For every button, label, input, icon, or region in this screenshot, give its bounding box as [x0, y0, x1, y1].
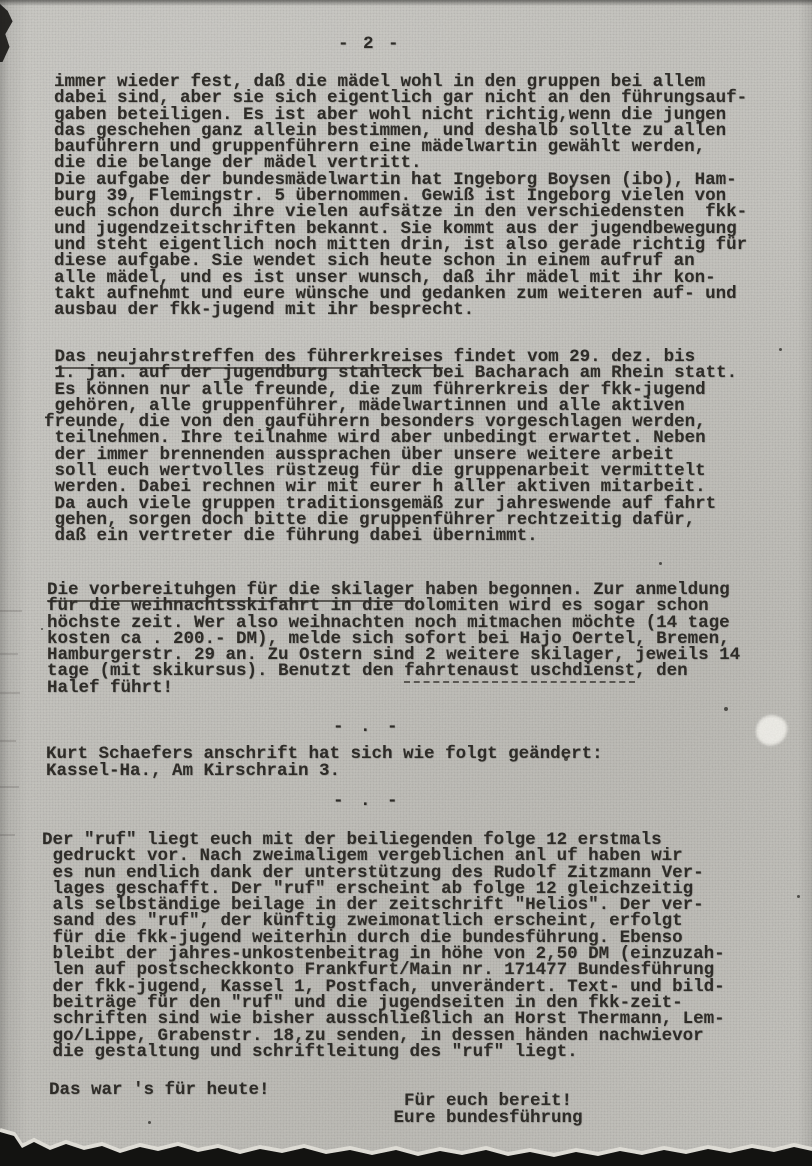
document-scan: - 2 - immer wieder fest, daß die mädel w… [0, 0, 812, 1166]
term-fahrtenaustauschdienst: fahrtenaust uschdienst [404, 661, 635, 683]
punch-hole [753, 712, 791, 750]
paper-crease [0, 786, 19, 788]
ink-speck [41, 628, 43, 630]
closing-line: Das war 's für heute! [49, 1082, 270, 1098]
paragraph-address-change: Kurt Schaefers anschrift hat sich wie fo… [46, 746, 603, 779]
page-number: - 2 - [338, 36, 401, 52]
paper-crease [0, 692, 20, 694]
ink-speck [148, 1121, 151, 1124]
section-separator: - . - [333, 793, 401, 809]
paper-crease [0, 610, 22, 612]
paragraph-neujahrstreffen: Das neujahrstreffen des führerkreises fi… [44, 349, 737, 545]
edge-shading-right [798, 0, 812, 1166]
ink-speck [724, 707, 728, 711]
ink-speck [659, 562, 662, 565]
paragraph-intro: immer wieder fest, daß die mädel wohl in… [54, 74, 747, 318]
edge-shading-left [0, 0, 30, 1166]
ink-speck [779, 348, 782, 351]
paragraph-skilager: Die vorbereituhgen für die skilager habe… [47, 582, 740, 696]
signature-block: Für euch bereit! Eure bundesführung [382, 1093, 594, 1127]
edge-shading-top [0, 0, 812, 6]
paper-crease [0, 834, 15, 836]
paper-crease [0, 740, 16, 742]
neujahr-body: findet vom 29. dez. bis 1. jan. auf der … [44, 347, 737, 546]
paper-sheet: - 2 - immer wieder fest, daß die mädel w… [0, 0, 812, 1166]
paper-crease [0, 653, 18, 655]
section-separator: - . - [333, 719, 401, 735]
paragraph-ruf: Der "ruf" liegt euch mit der beiliegende… [42, 832, 725, 1060]
ink-speck [797, 895, 800, 898]
